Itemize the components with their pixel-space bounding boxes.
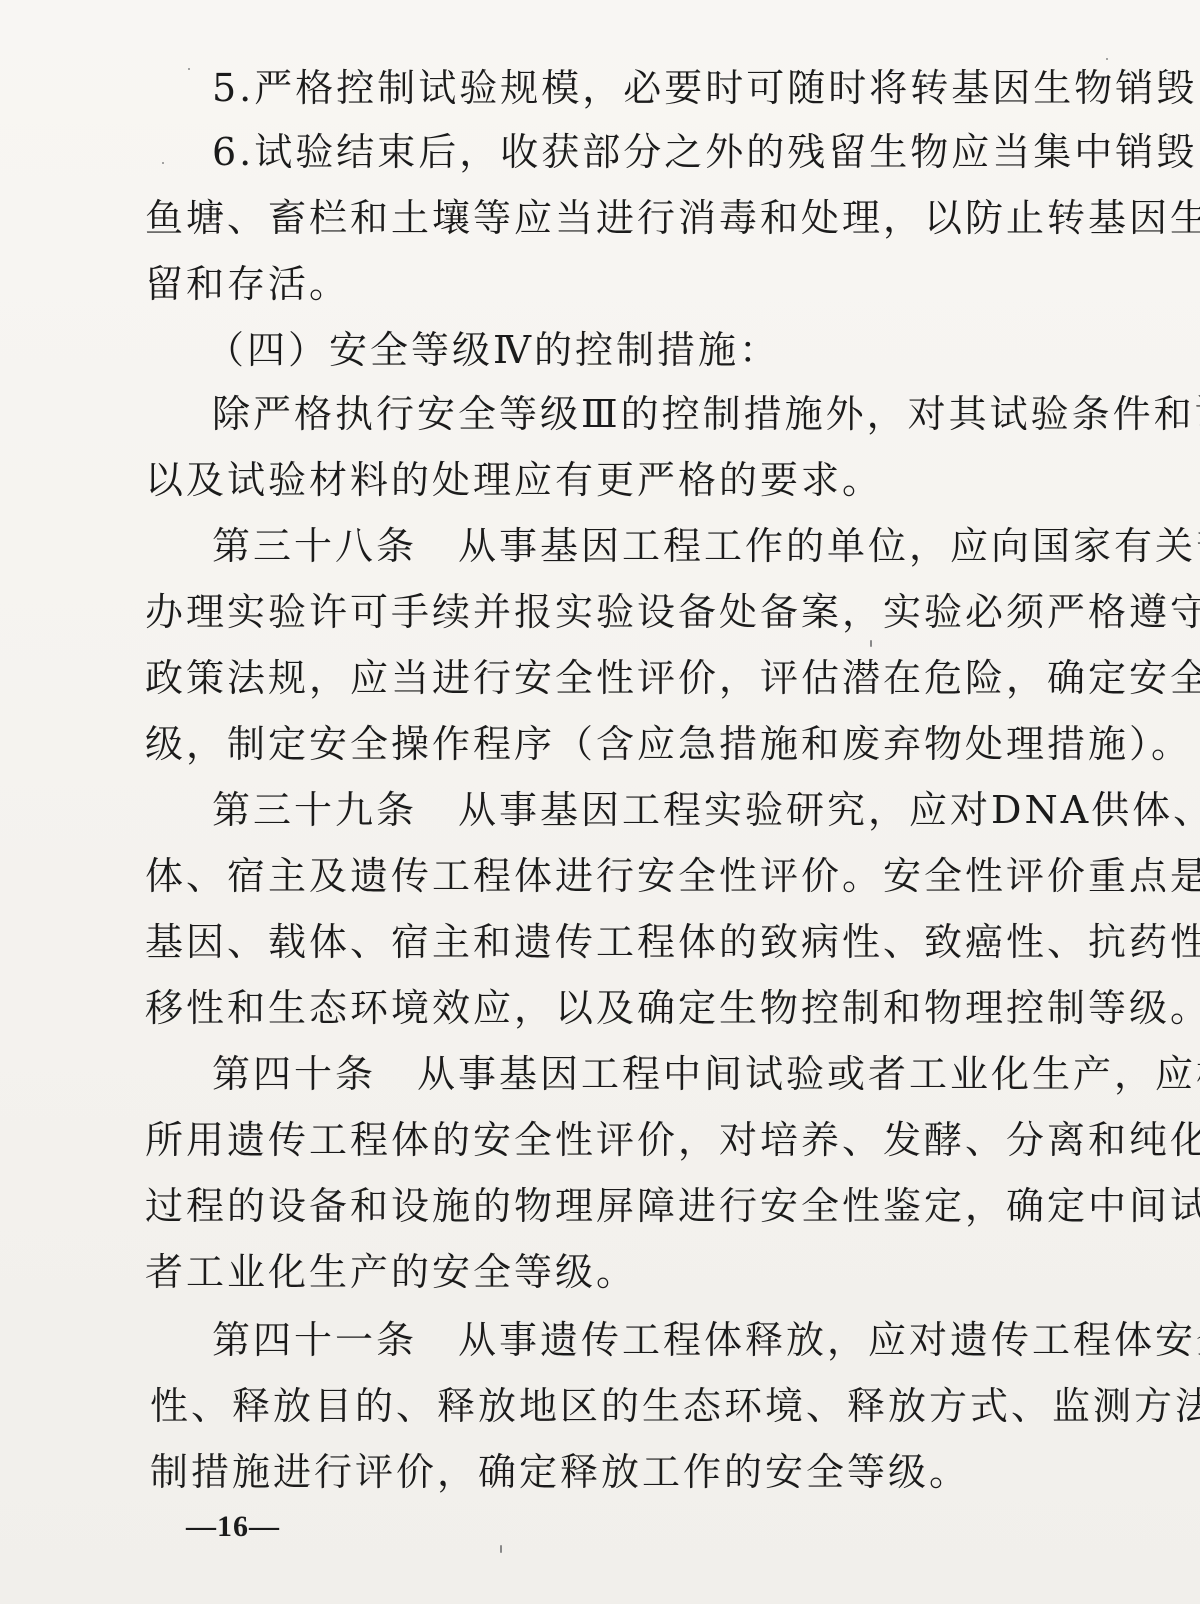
scan-speck: [870, 640, 872, 647]
scan-speck: [500, 1545, 502, 1553]
list-item-6-line-3: 留和存活。: [145, 262, 1135, 306]
article-40-line-2: 所用遗传工程体的安全性评价，对培养、发酵、分离和纯化工艺: [145, 1118, 1135, 1162]
page-number: —16—: [186, 1510, 280, 1544]
article-39-line-4: 移性和生态环境效应，以及确定生物控制和物理控制等级。: [145, 986, 1135, 1030]
article-38-line-4: 级，制定安全操作程序（含应急措施和废弃物处理措施）。: [145, 722, 1135, 766]
article-39-line-3: 基因、载体、宿主和遗传工程体的致病性、致癌性、抗药性、转: [145, 920, 1135, 964]
scan-speck: [162, 162, 164, 164]
list-item-6-line-2: 鱼塘、畜栏和土壤等应当进行消毒和处理，以防止转基因生物残: [145, 196, 1135, 240]
article-38-line-2: 办理实验许可手续并报实验设备处备案，实验必须严格遵守国家: [145, 590, 1135, 634]
list-item-5: 5.严格控制试验规模，必要时可随时将转基因生物销毁；: [212, 66, 1200, 110]
paragraph-level-4-line-2: 以及试验材料的处理应有更严格的要求。: [145, 458, 1135, 502]
article-41-line-3: 制措施进行评价，确定释放工作的安全等级。: [150, 1450, 1140, 1494]
scan-speck: [1106, 58, 1108, 60]
scan-speck: [188, 68, 190, 70]
article-39-line-2: 体、宿主及遗传工程体进行安全性评价。安全性评价重点是目的: [145, 854, 1135, 898]
article-41-line-2: 性、释放目的、释放地区的生态环境、释放方式、监测方法和控: [150, 1384, 1140, 1428]
list-item-6-line-1: 6.试验结束后，收获部分之外的残留生物应当集中销毁，对: [212, 130, 1122, 174]
article-40-line-1: 第四十条 从事基因工程中间试验或者工业化生产，应根据: [212, 1052, 1122, 1096]
article-40-line-4: 者工业化生产的安全等级。: [145, 1250, 1135, 1294]
section-heading-level-4: （四）安全等级Ⅳ的控制措施：: [206, 328, 1196, 372]
article-39-line-1: 第三十九条 从事基因工程实验研究，应对DNA供体、载: [212, 788, 1122, 832]
article-38-line-1: 第三十八条 从事基因工程工作的单位，应向国家有关部门: [212, 524, 1122, 568]
paragraph-level-4-line-1: 除严格执行安全等级Ⅲ的控制措施外，对其试验条件和设施: [212, 392, 1122, 436]
document-page: 5.严格控制试验规模，必要时可随时将转基因生物销毁； 6.试验结束后，收获部分之…: [0, 0, 1200, 1604]
article-40-line-3: 过程的设备和设施的物理屏障进行安全性鉴定，确定中间试验或: [145, 1184, 1135, 1228]
article-38-line-3: 政策法规，应当进行安全性评价，评估潜在危险，确定安全等: [145, 656, 1135, 700]
article-41-line-1: 第四十一条 从事遗传工程体释放，应对遗传工程体安全: [212, 1318, 1127, 1362]
